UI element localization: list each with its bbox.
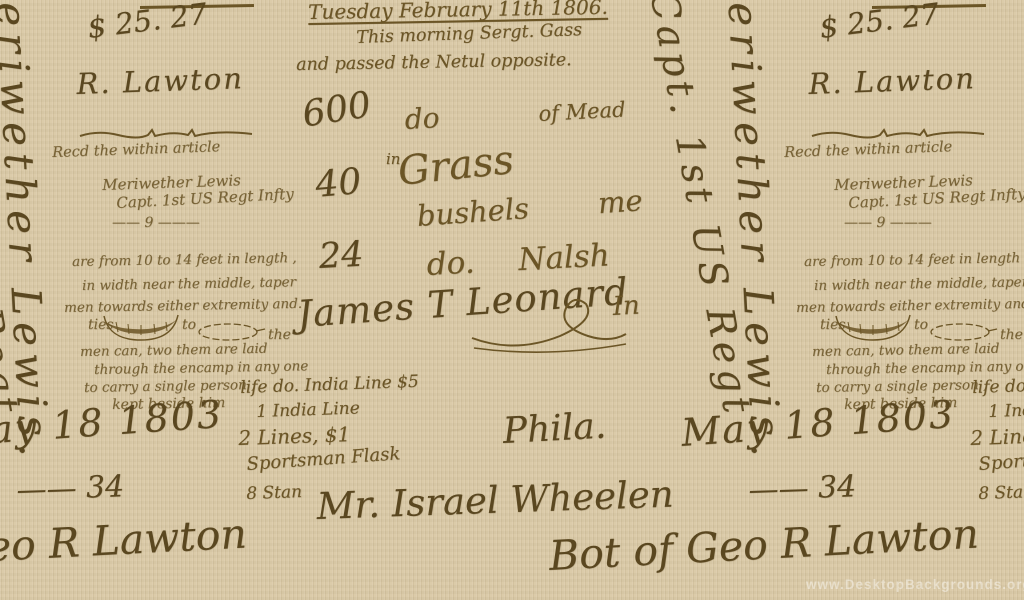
- squiggle-flourish-icon: [78, 126, 254, 142]
- canoe-note-line-2: in width near the middle, taper: [82, 276, 296, 293]
- dash-34-amount: —— 34: [748, 472, 857, 506]
- canoe-note-mid: to: [182, 318, 196, 332]
- canoe-sketch-icon: [834, 314, 912, 344]
- canoe-sketch-icon: [102, 314, 180, 344]
- nine-flourish: —— 9 ———: [844, 216, 932, 230]
- canoe-note-line-1: are from 10 to 14 feet in length ,: [72, 252, 297, 269]
- canoe-note-line-2: in width near the middle, taper: [814, 276, 1024, 293]
- journal-line-1: This morning Sergt. Gass: [356, 22, 582, 47]
- canoe-note-line-5: men can, two them are laid: [80, 343, 268, 360]
- bushels-note: bushels me: [416, 186, 643, 231]
- india-line-item-1: 1 India Line: [988, 400, 1024, 421]
- dash-34-amount: —— 34: [16, 472, 125, 506]
- grass-word: Grass: [396, 140, 516, 192]
- r-lawton-signature: R. Lawton: [808, 64, 976, 99]
- canoe-note-line-3: men towards either extremity and.: [64, 298, 302, 316]
- india-line-item-3: Sportsman Flask: [246, 445, 401, 474]
- received-note: Recd the within article: [784, 140, 952, 160]
- canoe-note-mid: to: [914, 318, 928, 332]
- qty-24: 24: [318, 238, 364, 275]
- manuscript-wallpaper: $ 25. 27 R. Lawton Recd the within artic…: [0, 0, 1024, 600]
- received-note: Recd the within article: [52, 140, 220, 160]
- canoe-note-line-7: to carry a single person ,: [84, 379, 255, 395]
- phila-note: Phila.: [502, 409, 607, 450]
- canoe-note-line-5: men can, two them are laid: [812, 343, 1000, 360]
- india-line-item-4: 8 Stan: [246, 484, 302, 503]
- canoe-note-line-3: men towards either extremity and.: [796, 298, 1024, 316]
- pattern-tile: $ 25. 27 R. Lawton Recd the within artic…: [732, 0, 1024, 600]
- qty-40: 40: [314, 164, 363, 204]
- vertical-meriwether-lewis-signature: Meriwether Lewis.: [0, 0, 55, 464]
- india-line-item-4: 8 Stan: [978, 484, 1024, 503]
- r-lawton-signature: R. Lawton: [76, 64, 244, 99]
- amount-value: $ 25. 27: [86, 0, 209, 43]
- nine-flourish: —— 9 ———: [112, 216, 200, 230]
- canoe-outline-icon: [196, 322, 266, 342]
- india-line-item-1: 1 India Line: [256, 400, 360, 421]
- journal-line-2: and passed the Netul opposite.: [296, 52, 572, 74]
- canoe-outline-icon: [928, 322, 998, 342]
- india-line-item-0: life do. India Line $5: [972, 374, 1024, 397]
- canoe-note-line-1: are from 10 to 14 feet in length ,: [804, 252, 1024, 269]
- in-note: In: [612, 293, 640, 320]
- pattern-tile: $ 25. 27 R. Lawton Recd the within artic…: [0, 0, 732, 600]
- canoe-note-line-6: through the encamp in any one: [826, 360, 1024, 377]
- squiggle-flourish-icon: [810, 126, 986, 142]
- canoe-note-post: the: [268, 328, 291, 342]
- canoe-note-line-7: to carry a single person ,: [816, 379, 987, 395]
- india-line-item-2: 2 Lines, $1: [970, 424, 1024, 448]
- amount-value: $ 25. 27: [818, 0, 941, 43]
- qty-600: 600: [300, 87, 374, 133]
- date-heading: Tuesday February 11th 1806.: [308, 0, 608, 22]
- canoe-note-line-6: through the encamp in any one: [94, 360, 308, 377]
- israel-wheelen-name: Mr. Israel Wheelen: [316, 476, 674, 525]
- india-line-item-3: Sportsman Flask: [978, 445, 1024, 474]
- watermark: www.DesktopBackgrounds.org: [806, 577, 1024, 592]
- india-line-item-0: life do. India Line $5: [240, 374, 419, 397]
- signature-flourish-icon: [470, 296, 630, 356]
- ditto-mark: do: [404, 104, 440, 134]
- india-line-item-2: 2 Lines, $1: [238, 424, 351, 448]
- of-mead-note: of Mead: [538, 99, 626, 125]
- canoe-note-post: the: [1000, 328, 1023, 342]
